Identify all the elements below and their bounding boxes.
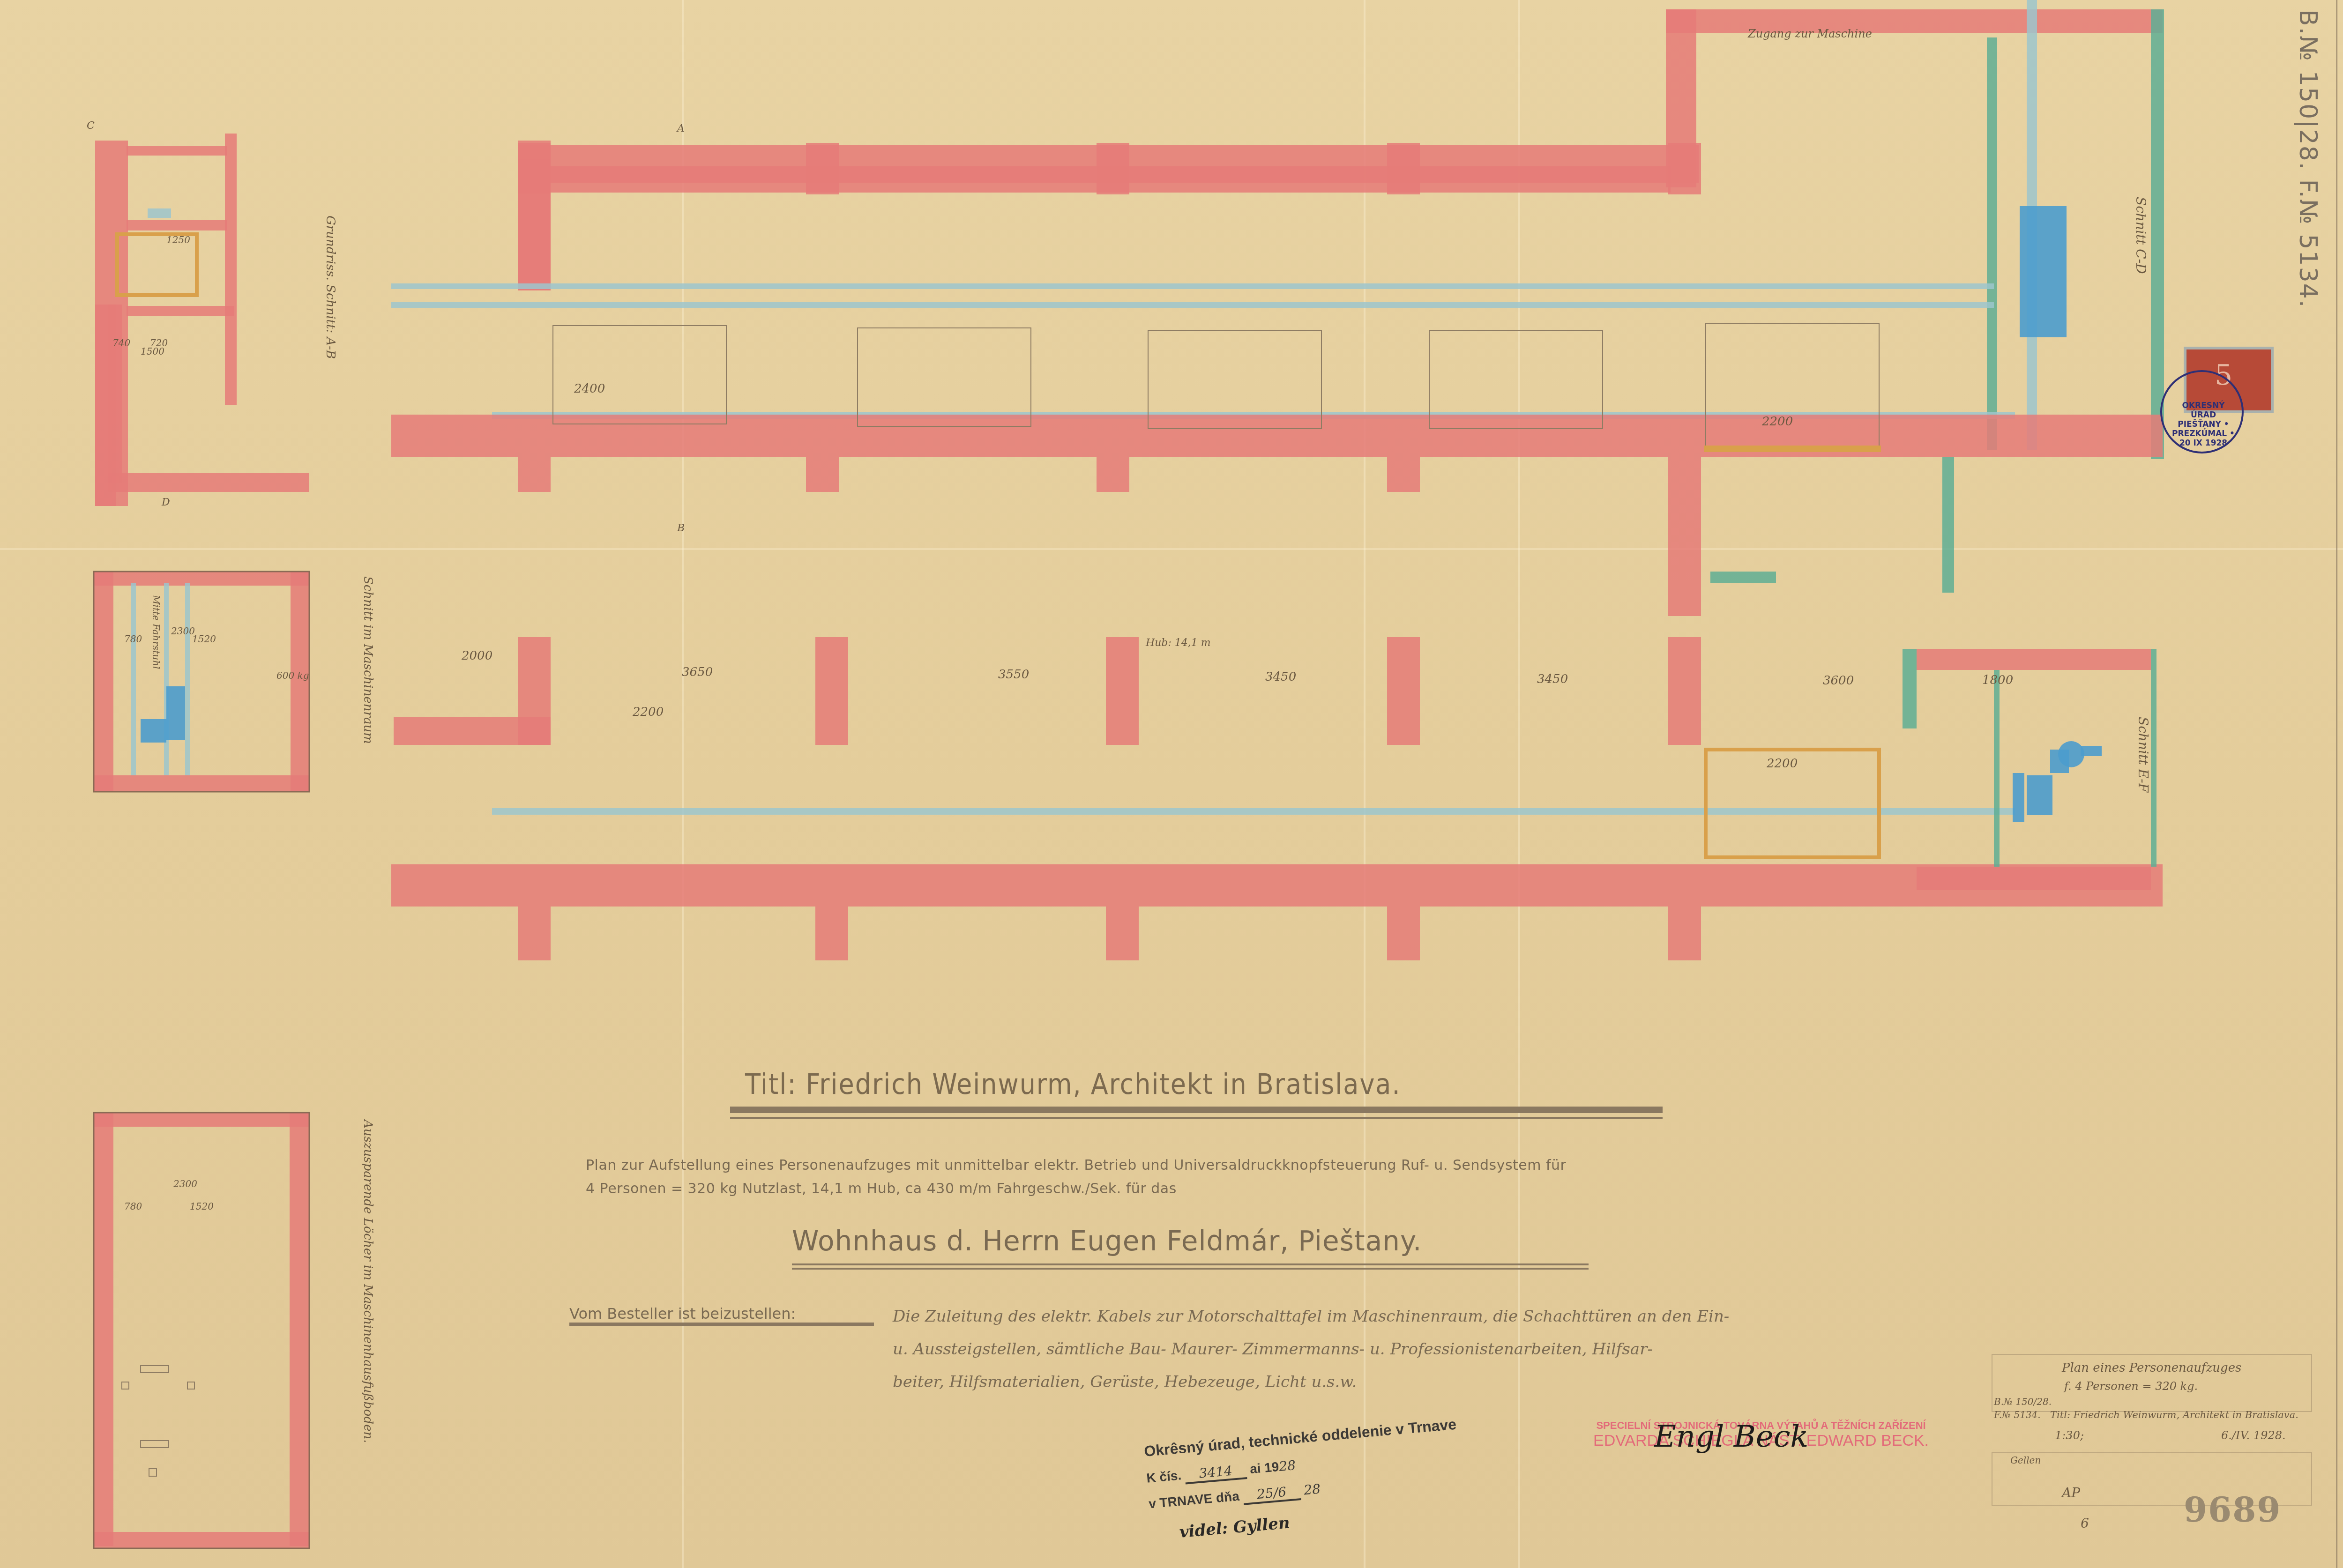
title-block-titl: Titl: Friedrich Weinwurm, Architekt in B… bbox=[2050, 1409, 2298, 1420]
besteller-line2: u. Aussteigstellen, sämtliche Bau- Maure… bbox=[893, 1340, 1653, 1359]
section-cd-label: Schnitt C-D bbox=[2133, 197, 2149, 274]
dimension: 3550 bbox=[998, 668, 1029, 682]
holes-plan-label: Auszusparende Löcher im Maschinenhausfuß… bbox=[361, 1120, 375, 1443]
dimension: 1500 bbox=[141, 346, 164, 357]
dimension: 2000 bbox=[462, 649, 492, 663]
dimension: 780 bbox=[124, 1201, 142, 1212]
besteller-label: Vom Besteller ist beizustellen: bbox=[569, 1305, 796, 1323]
dimension: 1250 bbox=[166, 234, 190, 245]
title-block-count: 6 bbox=[2081, 1516, 2089, 1531]
title-block-date: 6./IV. 1928. bbox=[2221, 1429, 2286, 1442]
title-block-drawn-by: Gellen bbox=[2010, 1455, 2041, 1466]
dimension: 2300 bbox=[173, 1178, 197, 1189]
building-underline bbox=[792, 1263, 1589, 1265]
dimension: 740 bbox=[112, 337, 130, 349]
archive-number: 9689 bbox=[2184, 1490, 2281, 1530]
besteller-underline bbox=[569, 1323, 874, 1326]
building-name: Wohnhaus d. Herrn Eugen Feldmár, Pieštan… bbox=[792, 1225, 1422, 1257]
axis-d: D bbox=[162, 497, 170, 508]
dimension: 2400 bbox=[574, 382, 605, 396]
dimension: 3450 bbox=[1537, 672, 1568, 686]
dimension: 1520 bbox=[190, 1201, 214, 1212]
elevator-drawing bbox=[0, 0, 2343, 1568]
section-ef-label: Schnitt E-F bbox=[2135, 717, 2151, 792]
machine-room-label: Schnitt im Maschinenraum bbox=[361, 576, 375, 744]
plan-description-line1: Plan zur Aufstellung eines Personenaufzu… bbox=[586, 1157, 1566, 1174]
dimension: 2300 bbox=[171, 625, 195, 637]
section-ef bbox=[391, 637, 2163, 960]
dimension: 3600 bbox=[1823, 674, 1854, 688]
machine-room-section bbox=[94, 572, 310, 792]
dimension: 1800 bbox=[1982, 673, 2013, 687]
plan-ab bbox=[95, 134, 309, 506]
dimension: 2200 bbox=[1762, 415, 1793, 429]
besteller-line3: beiter, Hilfsmaterialien, Gerüste, Hebez… bbox=[893, 1373, 1357, 1391]
plan-description-line2: 4 Personen = 320 kg Nutzlast, 14,1 m Hub… bbox=[586, 1181, 1177, 1197]
center-car-label: Mitte Fahrstuhl bbox=[150, 595, 162, 669]
section-cd bbox=[391, 0, 2164, 616]
title-block: Plan eines Personenaufzuges f. 4 Persone… bbox=[1992, 1349, 2338, 1565]
dimension: 780 bbox=[124, 633, 142, 645]
title-underline bbox=[730, 1107, 1663, 1113]
axis-c: C bbox=[87, 120, 95, 132]
title-block-plan-line2: f. 4 Personen = 320 kg. bbox=[2064, 1380, 2198, 1393]
axis-b: B bbox=[677, 522, 685, 534]
company-signature: Engl Beck bbox=[1654, 1419, 1808, 1454]
title-block-b-no: B.№ 150/28. bbox=[1994, 1396, 2052, 1407]
besteller-line1: Die Zuleitung des elektr. Kabels zur Mot… bbox=[893, 1307, 1729, 1326]
dimension: 2200 bbox=[1767, 757, 1798, 771]
holes-plan bbox=[94, 1113, 309, 1548]
title-block-f-no: F.№ 5134. bbox=[1994, 1409, 2041, 1420]
side-register-number: B.№ 150|28. F.№ 5134. bbox=[2294, 9, 2322, 308]
dimension: 1520 bbox=[192, 633, 216, 645]
drawing-title: Titl: Friedrich Weinwurm, Architekt in B… bbox=[745, 1068, 1401, 1101]
title-block-scale: 1:30; bbox=[2055, 1429, 2084, 1442]
title-block-plan-line1: Plan eines Personenaufzuges bbox=[2062, 1361, 2241, 1375]
round-office-stamp: OKRESNÝ ÚRAD PIEŠŤANY • PREZKÚMAL • 20 I… bbox=[2160, 370, 2244, 453]
dimension: 3650 bbox=[682, 665, 713, 679]
title-underline bbox=[730, 1117, 1663, 1119]
access-label: Zugang zur Maschine bbox=[1748, 27, 1872, 40]
dimension: 3450 bbox=[1265, 670, 1296, 684]
title-block-code: AP bbox=[2062, 1485, 2080, 1501]
plan-ab-label: Grundriss. Schnitt: A-B bbox=[323, 216, 337, 359]
dimension: 2200 bbox=[633, 705, 664, 719]
axis-a: A bbox=[677, 123, 685, 134]
round-stamp-text: OKRESNÝ ÚRAD PIEŠŤANY • PREZKÚMAL • 20 I… bbox=[2171, 401, 2236, 448]
hub-label: Hub: 14,1 m bbox=[1146, 637, 1211, 649]
load-note: 600 kg bbox=[276, 670, 309, 681]
